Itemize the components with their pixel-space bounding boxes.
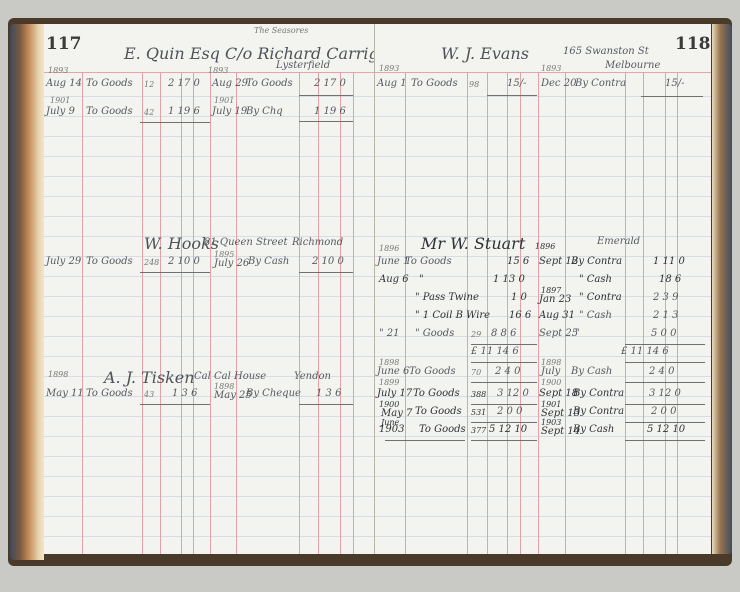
entry-desc: To Goods (86, 78, 133, 89)
left-page: 117 The Seasores E. Quin Esq C/o Richard… (44, 24, 375, 554)
book-edge-left (10, 24, 44, 560)
account-location: Lysterfield (276, 60, 330, 71)
page-number: 118 (675, 34, 711, 54)
address-note: The Seasores (254, 26, 308, 35)
entry-folio: 12 (144, 80, 154, 89)
account-name: A. J. Tisken (104, 368, 195, 387)
book-edge-right (712, 24, 732, 554)
account-location: Yendon (294, 371, 331, 382)
account-name: E. Quin Esq C/o Richard Carrigg (124, 44, 375, 63)
entry-date: Aug 14 (46, 78, 82, 89)
page-number: 117 (46, 34, 82, 54)
account-location: Richmond (292, 237, 343, 248)
account-location: Emerald (597, 236, 640, 247)
account-location: Melbourne (605, 60, 660, 71)
account-name: Mr W. Stuart (421, 234, 525, 253)
debit-total: £ 11 14 6 (471, 346, 519, 357)
account-address: 81 Queen Street (204, 237, 288, 248)
account-address: 165 Swanston St (563, 46, 649, 57)
right-page: 118 W. J. Evans 165 Swanston St Melbourn… (375, 24, 711, 554)
entry-amount: 2 17 0 (168, 78, 200, 89)
account-address: Cal Cal House (194, 371, 266, 382)
credit-total: £ 11 14 6 (621, 346, 669, 357)
account-name: W. J. Evans (441, 44, 529, 63)
